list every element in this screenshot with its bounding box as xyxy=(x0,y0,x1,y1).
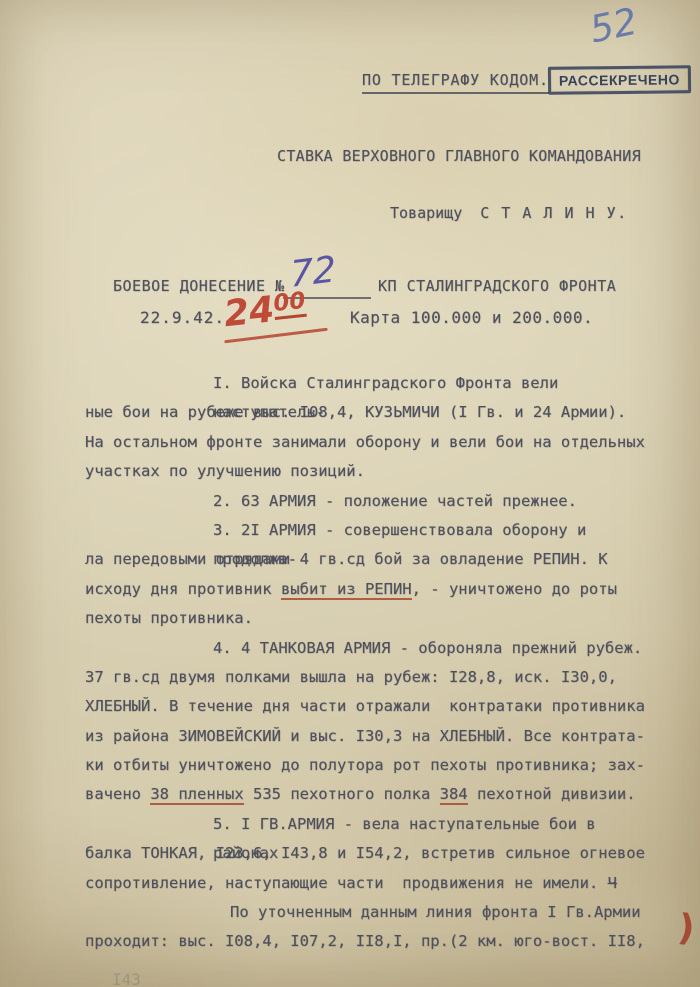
typed-text: вачено xyxy=(85,785,150,803)
typed-text: 4. 4 ТАНКОВАЯ АРМИЯ - обороняла прежний … xyxy=(213,639,642,657)
emphasized-text: Ч xyxy=(608,874,617,892)
declassified-stamp: РАССЕКРЕЧЕНО xyxy=(548,65,691,94)
typed-text: участках по улучшению позиций. xyxy=(85,462,365,480)
document-line: участках по улучшению позиций. xyxy=(85,457,670,486)
handwritten-time: 2400 xyxy=(222,286,308,335)
document-line: из района ЗИМОВЕЙСКИЙ и выс. I30,3 на ХЛ… xyxy=(85,722,670,751)
emphasized-text: 38 пленных xyxy=(150,785,243,805)
typed-text: балка ТОНКАЯ, I23,6, I43,8 и I54,2, встр… xyxy=(85,844,645,862)
typed-text: По уточненным данным линия фронта I Гв.А… xyxy=(230,903,641,921)
document-line: 5. I ГВ.АРМИЯ - вела наступательные бои … xyxy=(85,810,670,839)
report-title-suffix: КП СТАЛИНГРАДСКОГО ФРОНТА xyxy=(378,277,616,295)
document-line: проходит: выс. I08,4, I07,2, II8,I, пр.(… xyxy=(85,927,670,956)
document-line: балка ТОНКАЯ, I23,6, I43,8 и I54,2, встр… xyxy=(85,839,670,868)
handwritten-time-hours: 24 xyxy=(222,289,276,335)
document-line: ла передовыми отрядами 4 гв.сд бой за ов… xyxy=(85,545,670,574)
document-line: ХЛЕБНЫЙ. В течение дня части отражали ко… xyxy=(85,692,670,721)
faint-cut-off-text: I43 xyxy=(112,970,141,987)
typed-text: пехотной дивизии. xyxy=(468,785,636,803)
handwritten-time-minutes: 00 xyxy=(272,288,307,320)
typed-text: проходит: выс. I08,4, I07,2, II8,I, пр.(… xyxy=(85,932,645,950)
document-line: I. Войска Сталинградского Фронта вели на… xyxy=(85,369,670,398)
typed-text: пехоты противника. xyxy=(85,609,253,627)
typed-text: ные бои на рубеже выс. I08,4, КУЗЬМИЧИ (… xyxy=(85,403,626,421)
addressee-prefix: Товарищу xyxy=(390,204,462,222)
document-line: пехоты противника. xyxy=(85,604,670,633)
document-line: По уточненным данным линия фронта I Гв.А… xyxy=(85,898,670,927)
document-line: 3. 2I АРМИЯ - совершенствовала оборону и… xyxy=(85,516,670,545)
typed-text: ла передовыми отрядами 4 гв.сд бой за ов… xyxy=(85,550,608,568)
emphasized-text: выбит из РЕПИН xyxy=(281,580,412,600)
document-line: На остальном фронте занимали оборону и в… xyxy=(85,428,670,457)
typed-text: исходу дня противник xyxy=(85,580,281,598)
document-line: 4. 4 ТАНКОВАЯ АРМИЯ - обороняла прежний … xyxy=(85,634,670,663)
emphasized-text: 384 xyxy=(440,785,468,805)
handwritten-red-bracket: ) xyxy=(676,907,697,949)
scanned-document-page: 52 ПО ТЕЛЕГРАФУ КОДОМ. РАССЕКРЕЧЕНО СТАВ… xyxy=(0,0,700,987)
document-line: ки отбиты уничтожено до полутора рот пех… xyxy=(85,751,670,780)
typed-text: 2. 63 АРМИЯ - положение частей прежнее. xyxy=(213,492,577,510)
document-line: 2. 63 АРМИЯ - положение частей прежнее. xyxy=(85,487,670,516)
typed-text: 535 пехотного полка xyxy=(244,785,440,803)
typed-text: ки отбиты уничтожено до полутора рот пех… xyxy=(85,756,645,774)
document-line: вачено 38 пленных 535 пехотного полка 38… xyxy=(85,780,670,809)
supreme-command-header: СТАВКА ВЕРХОВНОГО ГЛАВНОГО КОМАНДОВАНИЯ xyxy=(277,147,641,165)
report-date: 22.9.42. xyxy=(140,308,225,327)
typed-text: На остальном фронте занимали оборону и в… xyxy=(85,433,645,451)
document-line: 37 гв.сд двумя полками вышла на рубеж: I… xyxy=(85,663,670,692)
telegraph-code-line: ПО ТЕЛЕГРАФУ КОДОМ. xyxy=(362,71,549,94)
addressee-name: С Т А Л И Н У. xyxy=(480,204,627,222)
handwritten-page-number: 52 xyxy=(586,0,641,51)
addressee-line: ТоварищуС Т А Л И Н У. xyxy=(390,204,628,222)
typed-text: из района ЗИМОВЕЙСКИЙ и выс. I30,3 на ХЛ… xyxy=(85,727,645,745)
typed-text: , - уничтожено до роты xyxy=(412,580,617,598)
map-scale-note: Карта 100.000 и 200.000. xyxy=(350,308,593,327)
typed-text: сопротивление, наступающие части продвиж… xyxy=(85,874,608,892)
typed-text: 37 гв.сд двумя полками вышла на рубеж: I… xyxy=(85,668,617,686)
document-body: I. Войска Сталинградского Фронта вели на… xyxy=(85,369,670,957)
document-line: сопротивление, наступающие части продвиж… xyxy=(85,869,670,898)
document-line: ные бои на рубеже выс. I08,4, КУЗЬМИЧИ (… xyxy=(85,398,670,427)
typed-text: ХЛЕБНЫЙ. В течение дня части отражали ко… xyxy=(85,697,645,715)
document-line: исходу дня противник выбит из РЕПИН, - у… xyxy=(85,575,670,604)
